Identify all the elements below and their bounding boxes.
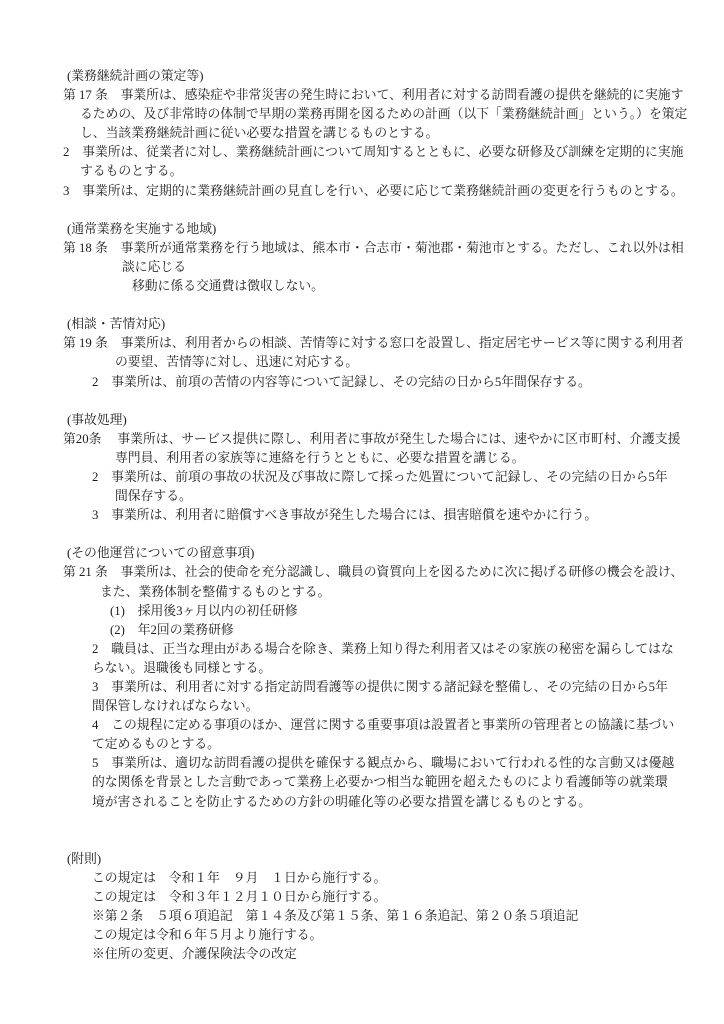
document-line: (2) 年2回の業務研修	[63, 621, 673, 640]
section-heading: (通常業務を実施する地域)	[63, 220, 673, 239]
section-heading: (事故処理)	[63, 411, 673, 430]
document-line: 3 事業所は、利用者に賠償すべき事故が発生した場合には、損害賠償を速やかに行う。	[63, 506, 673, 525]
document-line: し、当該業務継続計画に従い必要な措置を講じるものとする。	[63, 124, 673, 143]
document-line: (1) 採用後3ヶ月以内の初任研修	[63, 602, 673, 621]
document-line: 第20条 事業所は、サービス提供に際し、利用者に事故が発生した場合には、速やかに…	[63, 430, 673, 449]
document-line: 2 職員は、正当な理由がある場合を除き、業務上知り得た利用者又はその家族の秘密を…	[63, 640, 673, 659]
document-line: この規定は 令和１年 ９月 １日から施行する。	[63, 869, 673, 888]
document-line: の要望、苦情等に対し、迅速に対応する。	[63, 353, 673, 372]
document-content: (業務継続計画の策定等)第 17 条 事業所は、感染症や非常災害の発生時において…	[63, 67, 673, 964]
document-line: 3 事業所は、利用者に対する指定訪問看護等の提供に関する諸記録を整備し、その完結…	[63, 678, 673, 697]
document-line: また、業務体制を整備するものとする。	[63, 583, 673, 602]
document-line: するものとする。	[63, 162, 673, 181]
document-line: 談に応じる	[63, 258, 673, 277]
section-heading: (相談・苦情対応)	[63, 315, 673, 334]
blank-line	[63, 831, 673, 850]
document-line: らない。退職後も同様とする。	[63, 659, 673, 678]
document-line: 第 17 条 事業所は、感染症や非常災害の発生時において、利用者に対する訪問看護…	[63, 86, 673, 105]
blank-line	[63, 296, 673, 315]
document-line: て定めるものとする。	[63, 735, 673, 754]
document-line: この規定は 令和３年１２月１０日から施行する。	[63, 888, 673, 907]
document-line: 2 事業所は、従業者に対し、業務継続計画について周知するとともに、必要な研修及び…	[63, 143, 673, 162]
blank-line	[63, 812, 673, 831]
document-line: 2 事業所は、前項の苦情の内容等について記録し、その完結の日から5年間保存する。	[63, 373, 673, 392]
blank-line	[63, 525, 673, 544]
document-line: 第 19 条 事業所は、利用者からの相談、苦情等に対する窓口を設置し、指定居宅サ…	[63, 334, 673, 353]
document-line: 間保管しなければならない。	[63, 697, 673, 716]
section-heading: (附則)	[63, 850, 673, 869]
document-line: 的な関係を背景とした言動であって業務上必要かつ相当な範囲を超えたものにより看護師…	[63, 773, 673, 792]
document-line: るための、及び非常時の体制で早期の業務再開を図るための計画（以下「業務継続計画」…	[63, 105, 673, 124]
blank-line	[63, 392, 673, 411]
document-line: 間保存する。	[63, 487, 673, 506]
section-heading: (業務継続計画の策定等)	[63, 67, 673, 86]
document-line: 第 18 条 事業所が通常業務を行う地域は、熊本市・合志市・菊池郡・菊池市とする…	[63, 239, 673, 258]
document-line: 第 21 条 事業所は、社会的使命を充分認識し、職員の資質向上を図るために次に掲…	[63, 563, 673, 582]
document-line: 3 事業所は、定期的に業務継続計画の見直しを行い、必要に応じて業務継続計画の変更…	[63, 182, 673, 201]
document-line: 5 事業所は、適切な訪問看護の提供を確保する観点から、職場において行われる性的な…	[63, 754, 673, 773]
document-line: 2 事業所は、前項の事故の状況及び事故に際して採った処置について記録し、その完結…	[63, 468, 673, 487]
document-page: (業務継続計画の策定等)第 17 条 事業所は、感染症や非常災害の発生時において…	[0, 0, 724, 1024]
document-line: この規定は令和６年５月より施行する。	[63, 926, 673, 945]
document-line: 4 この規程に定める事項のほか、運営に関する重要事項は設置者と事業所の管理者との…	[63, 716, 673, 735]
document-line: ※住所の変更、介護保険法令の改定	[63, 945, 673, 964]
blank-line	[63, 201, 673, 220]
section-heading: (その他運営についての留意事項)	[63, 544, 673, 563]
document-line: ※第２条 ５項６項追記 第１４条及び第１５条、第１６条追記、第２０条５項追記	[63, 907, 673, 926]
document-line: 境が害されることを防止するための方針の明確化等の必要な措置を講じるものとする。	[63, 793, 673, 812]
document-line: 移動に係る交通費は徴収しない。	[63, 277, 673, 296]
document-line: 専門員、利用者の家族等に連絡を行うとともに、必要な措置を講じる。	[63, 449, 673, 468]
